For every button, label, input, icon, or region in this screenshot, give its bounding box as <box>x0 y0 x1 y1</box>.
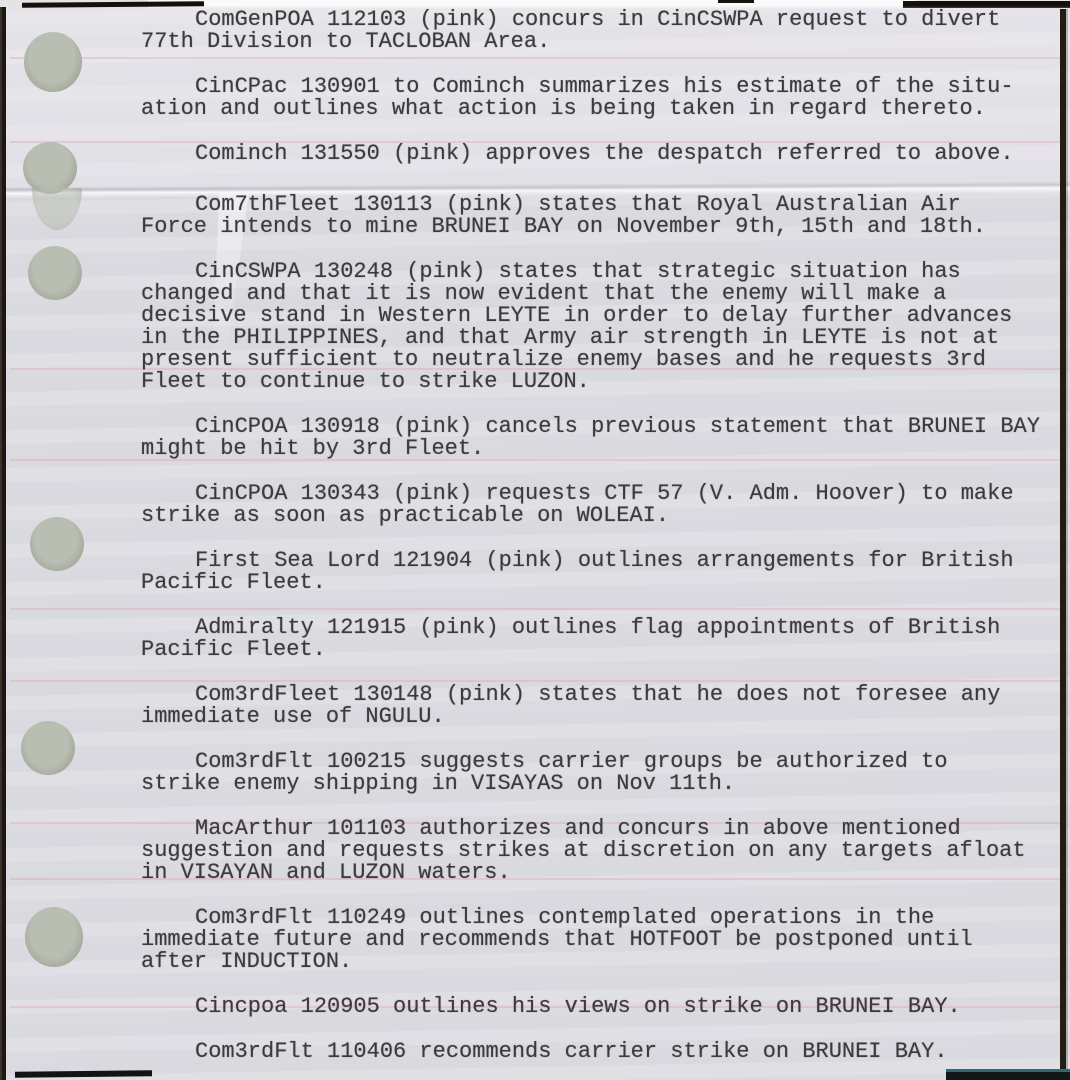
text-line: decisive stand in Western LEYTE in order… <box>141 305 1052 327</box>
paragraph: Cominch 131550 (pink) approves the despa… <box>141 143 1052 165</box>
text-line: CinCSWPA 130248 (pink) states that strat… <box>141 261 1052 283</box>
scanner-background-strip <box>148 0 916 9</box>
text-line: CinCPOA 130343 (pink) requests CTF 57 (V… <box>141 483 1052 505</box>
text-line: Com3rdFlt 110406 recommends carrier stri… <box>141 1041 1052 1063</box>
right-scan-border <box>1059 9 1068 1080</box>
paragraph: Admiralty 121915 (pink) outlines flag ap… <box>141 617 1052 661</box>
paragraph: Com3rdFleet 130148 (pink) states that he… <box>141 684 1052 728</box>
text-line: immediate future and recommends that HOT… <box>141 929 1052 951</box>
text-line: Com3rdFleet 130148 (pink) states that he… <box>141 684 1052 706</box>
text-line: immediate use of NGULU. <box>141 706 1052 728</box>
text-line: strike as soon as practicable on WOLEAI. <box>141 505 1052 527</box>
document-scan: ComGenPOA 112103 (pink) concurs in CinCS… <box>0 0 1070 1080</box>
text-line: Admiralty 121915 (pink) outlines flag ap… <box>141 617 1052 639</box>
text-line: after INDUCTION. <box>141 951 1052 973</box>
text-line: Cincpoa 120905 outlines his views on str… <box>141 996 1052 1018</box>
text-line: changed and that it is now evident that … <box>141 283 1052 305</box>
text-line: Force intends to mine BRUNEI BAY on Nove… <box>141 216 1052 238</box>
page-paper: ComGenPOA 112103 (pink) concurs in CinCS… <box>0 0 1070 1080</box>
top-right-line-mark <box>903 1 1070 8</box>
text-line: strike enemy shipping in VISAYAS on Nov … <box>141 773 1052 795</box>
typewritten-text: ComGenPOA 112103 (pink) concurs in CinCS… <box>0 0 1070 1080</box>
paragraph: Com3rdFlt 110406 recommends carrier stri… <box>141 1041 1052 1063</box>
text-line: CinCPOA 130918 (pink) cancels previous s… <box>141 416 1052 438</box>
paragraph: Cincpoa 120905 outlines his views on str… <box>141 996 1052 1018</box>
text-line: ComGenPOA 112103 (pink) concurs in CinCS… <box>141 9 1052 31</box>
paragraph: CinCPac 130901 to Cominch summarizes his… <box>141 76 1052 120</box>
paragraph: MacArthur 101103 authorizes and concurs … <box>141 818 1052 884</box>
text-line: Com3rdFlt 110249 outlines contemplated o… <box>141 907 1052 929</box>
left-scan-border <box>0 7 9 1080</box>
bottom-right-bar-mark <box>946 1069 1070 1080</box>
text-line: present sufficient to neutralize enemy b… <box>141 349 1052 371</box>
text-line: Pacific Fleet. <box>141 639 1052 661</box>
paragraph: CinCPOA 130918 (pink) cancels previous s… <box>141 416 1052 460</box>
text-line: in VISAYAN and LUZON waters. <box>141 862 1052 884</box>
text-line: Com7thFleet 130113 (pink) states that Ro… <box>141 194 1052 216</box>
text-line: Fleet to continue to strike LUZON. <box>141 371 1052 393</box>
paragraph: CinCPOA 130343 (pink) requests CTF 57 (V… <box>141 483 1052 527</box>
text-line: in the PHILIPPINES, and that Army air st… <box>141 327 1052 349</box>
text-line: ation and outlines what action is being … <box>141 98 1052 120</box>
paragraph: ComGenPOA 112103 (pink) concurs in CinCS… <box>141 9 1052 53</box>
paragraph: CinCSWPA 130248 (pink) states that strat… <box>141 261 1052 393</box>
text-line: Cominch 131550 (pink) approves the despa… <box>141 143 1052 165</box>
text-line: 77th Division to TACLOBAN Area. <box>141 31 1052 53</box>
top-middle-line-mark <box>718 0 754 3</box>
text-line: might be hit by 3rd Fleet. <box>141 438 1052 460</box>
text-line: Com3rdFlt 100215 suggests carrier groups… <box>141 751 1052 773</box>
paragraph: First Sea Lord 121904 (pink) outlines ar… <box>141 550 1052 594</box>
paragraph: Com3rdFlt 100215 suggests carrier groups… <box>141 751 1052 795</box>
paragraph: Com3rdFlt 110249 outlines contemplated o… <box>141 907 1052 973</box>
text-line: Pacific Fleet. <box>141 572 1052 594</box>
text-line: MacArthur 101103 authorizes and concurs … <box>141 818 1052 840</box>
text-line: CinCPac 130901 to Cominch summarizes his… <box>141 76 1052 98</box>
paragraph: Com7thFleet 130113 (pink) states that Ro… <box>141 194 1052 238</box>
text-line: suggestion and requests strikes at discr… <box>141 840 1052 862</box>
text-line: First Sea Lord 121904 (pink) outlines ar… <box>141 550 1052 572</box>
